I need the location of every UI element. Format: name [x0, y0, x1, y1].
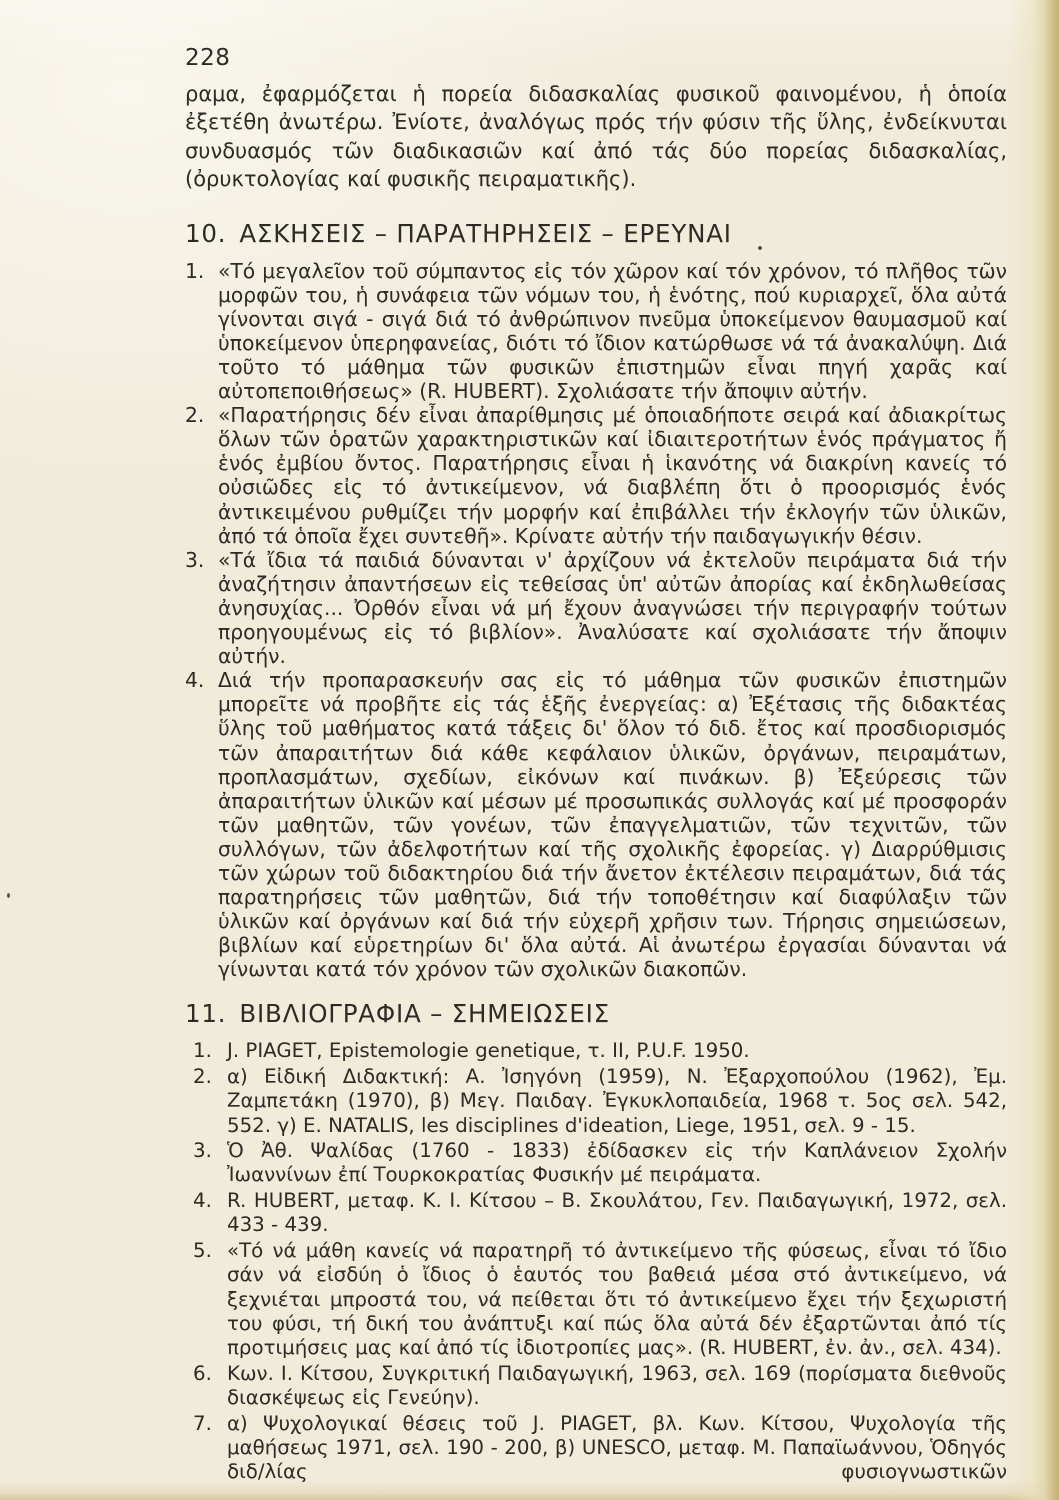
exercise-item-3-number: 3. — [185, 548, 204, 572]
exercise-item-1: 1.«Τό μεγαλεῖον τοῦ σύμπαντος εἰς τόν χῶ… — [185, 259, 1007, 404]
section-11-heading: 11.ΒΙΒΛΙΟΓΡΑΦΙΑ – ΣΗΜΕΙΩΣΕΙΣ — [185, 999, 1007, 1029]
bib-item-5-number: 5. — [193, 1239, 212, 1263]
bib-item-1-text: J. PIAGET, Epistemologie genetique, τ. I… — [227, 1039, 750, 1062]
exercise-list: 1.«Τό μεγαλεῖον τοῦ σύμπαντος εἰς τόν χῶ… — [185, 259, 1007, 982]
scanned-book-page: 228 ραμα, ἐφαρμόζεται ἡ πορεία διδασκαλί… — [0, 0, 1059, 1500]
bib-item-4-text: R. HUBERT, μεταφ. Κ. Ι. Κίτσου – Β. Σκου… — [227, 1189, 1007, 1236]
exercise-item-1-number: 1. — [185, 259, 204, 283]
bib-item-2-text: α) Εἰδική Διδακτική: Α. Ἰσηγόνη (1959), … — [227, 1065, 1007, 1137]
bib-item-2: 2.α) Εἰδική Διδακτική: Α. Ἰσηγόνη (1959)… — [193, 1065, 1007, 1138]
bib-item-5-text: «Τό νά μάθη κανείς νά παρατηρῆ τό ἀντικε… — [227, 1239, 1007, 1360]
exercise-item-3-text: «Τά ἴδια τά παιδιά δύνανται ν' ἀρχίζουν … — [218, 548, 1007, 668]
scan-speck — [7, 893, 10, 898]
bib-item-7-text: α) Ψυχολογικαί θέσεις τοῦ J. PIAGET, βλ.… — [227, 1412, 1007, 1484]
bib-item-6: 6.Κων. Ι. Κίτσου, Συγκριτική Παιδαγωγική… — [193, 1362, 1007, 1411]
section-10-heading: 10.ΑΣΚΗΣΕΙΣ – ΠΑΡΑΤΗΡΗΣΕΙΣ – ΕΡΕΥΝΑΙ — [185, 219, 1007, 249]
section-11-number: 11. — [185, 999, 226, 1028]
scan-speck — [758, 246, 762, 250]
bib-item-4: 4.R. HUBERT, μεταφ. Κ. Ι. Κίτσου – Β. Σκ… — [193, 1189, 1007, 1238]
bib-item-1: 1.J. PIAGET, Epistemologie genetique, τ.… — [193, 1039, 1007, 1063]
page-number: 228 — [185, 44, 1007, 72]
exercise-item-1-text: «Τό μεγαλεῖον τοῦ σύμπαντος εἰς τόν χῶρο… — [218, 259, 1007, 403]
section-10-number: 10. — [185, 219, 226, 248]
bib-item-1-number: 1. — [193, 1039, 212, 1063]
bib-item-3-text: Ὁ Ἀθ. Ψαλίδας (1760 - 1833) ἐδίδασκεν εἰ… — [227, 1139, 1007, 1186]
bib-item-7: 7.α) Ψυχολογικαί θέσεις τοῦ J. PIAGET, β… — [193, 1412, 1007, 1485]
bib-item-5: 5.«Τό νά μάθη κανείς νά παρατηρῆ τό ἀντι… — [193, 1239, 1007, 1361]
exercise-item-2-text: «Παρατήρησις δέν εἶναι ἀπαρίθμησις μέ ὁπ… — [218, 403, 1007, 547]
page-content: 228 ραμα, ἐφαρμόζεται ἡ πορεία διδασκαλί… — [185, 0, 1007, 1486]
exercise-item-2-number: 2. — [185, 403, 204, 427]
exercise-item-2: 2.«Παρατήρησις δέν εἶναι ἀπαρίθμησις μέ … — [185, 403, 1007, 548]
exercise-item-4-number: 4. — [185, 668, 204, 692]
section-11-title: ΒΙΒΛΙΟΓΡΑΦΙΑ – ΣΗΜΕΙΩΣΕΙΣ — [239, 999, 610, 1028]
bib-item-3-number: 3. — [193, 1139, 212, 1163]
bib-item-7-number: 7. — [193, 1412, 212, 1436]
intro-paragraph: ραμα, ἐφαρμόζεται ἡ πορεία διδασκαλίας φ… — [185, 80, 1007, 194]
exercise-item-4: 4.Διά τήν προπαρασκευήν σας εἰς τό μάθημ… — [185, 668, 1007, 981]
bib-item-2-number: 2. — [193, 1065, 212, 1089]
exercise-item-3: 3.«Τά ἴδια τά παιδιά δύνανται ν' ἀρχίζου… — [185, 548, 1007, 668]
bibliography-list: 1.J. PIAGET, Epistemologie genetique, τ.… — [193, 1039, 1007, 1484]
bib-item-6-number: 6. — [193, 1362, 212, 1386]
bib-item-4-number: 4. — [193, 1189, 212, 1213]
bib-item-6-text: Κων. Ι. Κίτσου, Συγκριτική Παιδαγωγική, … — [227, 1362, 1007, 1409]
bib-item-3: 3.Ὁ Ἀθ. Ψαλίδας (1760 - 1833) ἐδίδασκεν … — [193, 1139, 1007, 1188]
exercise-item-4-text: Διά τήν προπαρασκευήν σας εἰς τό μάθημα … — [218, 668, 1007, 981]
section-10-title: ΑΣΚΗΣΕΙΣ – ΠΑΡΑΤΗΡΗΣΕΙΣ – ΕΡΕΥΝΑΙ — [239, 219, 731, 248]
